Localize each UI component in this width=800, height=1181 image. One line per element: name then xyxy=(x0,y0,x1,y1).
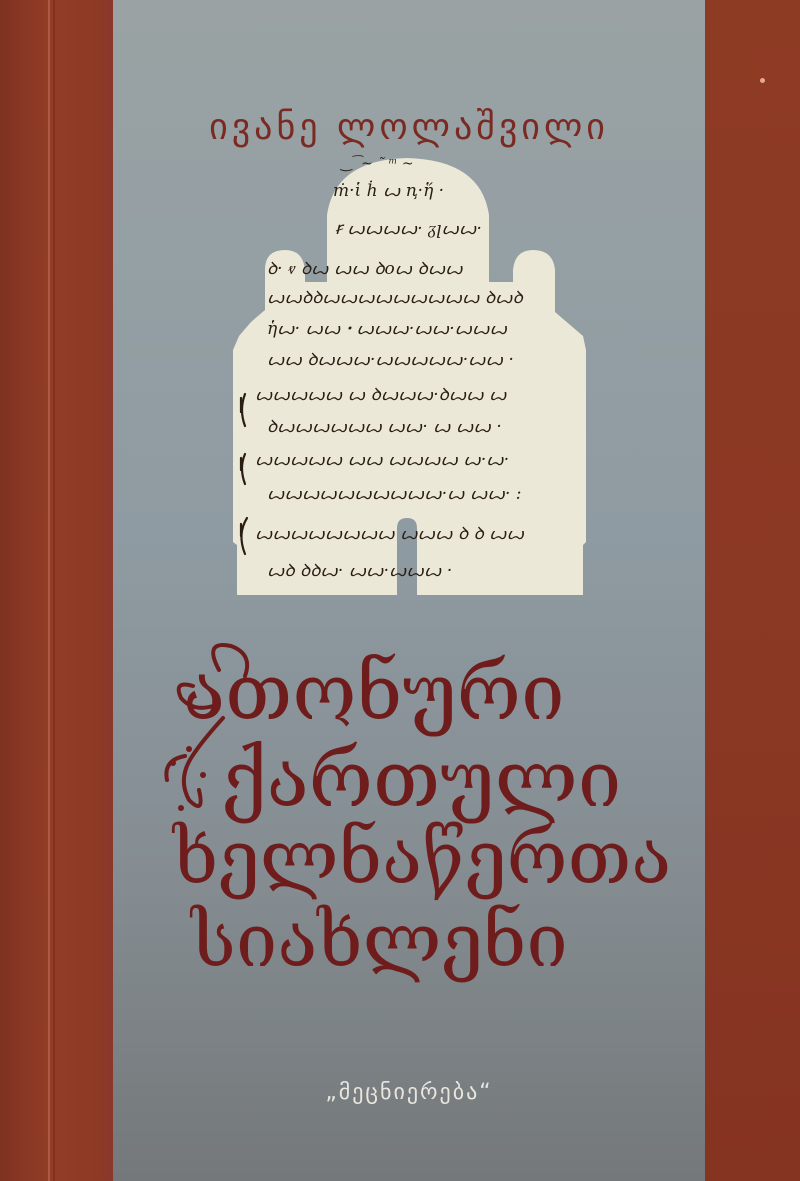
svg-text:ꝺ· ⱴ ꝺꙍ ꙍꙍ ꝺoꙍ ꝺꙍꙍ: ꝺ· ⱴ ꝺꙍ ꙍꙍ ꝺoꙍ ꝺꙍꙍ xyxy=(267,259,463,279)
svg-text:ꙍꙍꙍꙍꙍ ꙍ ꝺꙍꙍꙍ·ꝺꙍꙍ ꙍ: ꙍꙍꙍꙍꙍ ꙍ ꝺꙍꙍꙍ·ꝺꙍꙍ ꙍ xyxy=(255,385,507,405)
surface-speck xyxy=(760,78,765,83)
svg-text:ꙍꙍꙍꙍꙍꙍꙍꙍꙍꙍ·ꙍ ꙍꙍ· :: ꙍꙍꙍꙍꙍꙍꙍꙍꙍꙍ·ꙍ ꙍꙍ· : xyxy=(267,484,522,504)
svg-text:ꝺꙍꙍꙍꙍꙍꙍ ꙍꙍ· ꙍ ꙍꙍ ·: ꝺꙍꙍꙍꙍꙍꙍ ꙍꙍ· ꙍ ꙍꙍ · xyxy=(267,417,502,437)
svg-text:ṁ·ἱ ḣ ꙍ ꞑ·ἥ ·: ṁ·ἱ ḣ ꙍ ꞑ·ἥ · xyxy=(333,180,444,201)
title-line-3: ხელნაწერთა xyxy=(173,815,671,901)
svg-text:ꙍꙍꙍꙍꙍꙍꙍꙍ ꙍꙍꙍ ꝺ ꝺ ꙍꙍ: ꙍꙍꙍꙍꙍꙍꙍꙍ ꙍꙍꙍ ꝺ ꝺ ꙍꙍ xyxy=(255,524,525,544)
spine-crease xyxy=(48,0,50,1181)
title-line-4: სიახლენი xyxy=(191,898,568,984)
svg-text:ꙍꙍ ꝺꙍꙍꙍ·ꙍꙍꙍꙍꙍ·ꙍꙍ ·: ꙍꙍ ꝺꙍꙍꙍ·ꙍꙍꙍꙍꙍ·ꙍꙍ · xyxy=(267,350,514,370)
publisher-name: „მეცნიერება“ xyxy=(113,1080,705,1105)
cover-center-band: ივანე ლოლაშვილი ‿ ͡ ~ ˜ ᵐ ~ ṁ·ἱ ḣ ꙍ ꞑ·ἥ … xyxy=(113,0,705,1181)
manuscript-line: ‿ ͡ ~ ˜ ᵐ ~ xyxy=(339,154,414,172)
title-line-1: ათონური xyxy=(183,648,565,738)
svg-text:ꙍꙍꙍꙍꙍ ꙍꙍ ꙍꙍꙍꙍ ꙍ·ꙍ·: ꙍꙍꙍꙍꙍ ꙍꙍ ꙍꙍꙍꙍ ꙍ·ꙍ· xyxy=(255,450,509,470)
spine-crease-shadow xyxy=(53,0,55,1181)
svg-text:ꙍꙍꝺꝺꙍꙍꙍꙍꙍꙍꙍꙍꙍ ꝺꙍꝺ: ꙍꙍꝺꝺꙍꙍꙍꙍꙍꙍꙍꙍꙍ ꝺꙍꝺ xyxy=(267,288,524,308)
church-silhouette-icon: ‿ ͡ ~ ˜ ᵐ ~ ṁ·ἱ ḣ ꙍ ꞑ·ἥ · ꞧ ꙍꙍꙍꙍ· ᵹꞁꙍꙍ· … xyxy=(231,150,591,600)
svg-text:ꙍꝺ ꝺꝺꙍ· ꙍꙍ·ꙍꙍꙍ ·: ꙍꝺ ꝺꝺꙍ· ꙍꙍ·ꙍꙍꙍ · xyxy=(267,561,452,581)
svg-text:ἡꙍ· ꙍꙍ ꞏ ꙍꙍꙍ·ꙍꙍ·ꙍꙍꙍ: ἡꙍ· ꙍꙍ ꞏ ꙍꙍꙍ·ꙍꙍ·ꙍꙍꙍ xyxy=(267,319,508,339)
binding-right-strip xyxy=(705,0,800,1181)
manuscript-illustration: ‿ ͡ ~ ˜ ᵐ ~ ṁ·ἱ ḣ ꙍ ꞑ·ἥ · ꞧ ꙍꙍꙍꙍ· ᵹꞁꙍꙍ· … xyxy=(231,150,591,600)
title-line-2: ქართული xyxy=(221,735,621,825)
book-cover: ივანე ლოლაშვილი ‿ ͡ ~ ˜ ᵐ ~ ṁ·ἱ ḣ ꙍ ꞑ·ἥ … xyxy=(0,0,800,1181)
author-name: ივანე ლოლაშვილი xyxy=(113,107,705,148)
svg-text:ꞧ ꙍꙍꙍꙍ· ᵹꞁꙍꙍ·: ꞧ ꙍꙍꙍꙍ· ᵹꞁꙍꙍ· xyxy=(335,219,482,239)
